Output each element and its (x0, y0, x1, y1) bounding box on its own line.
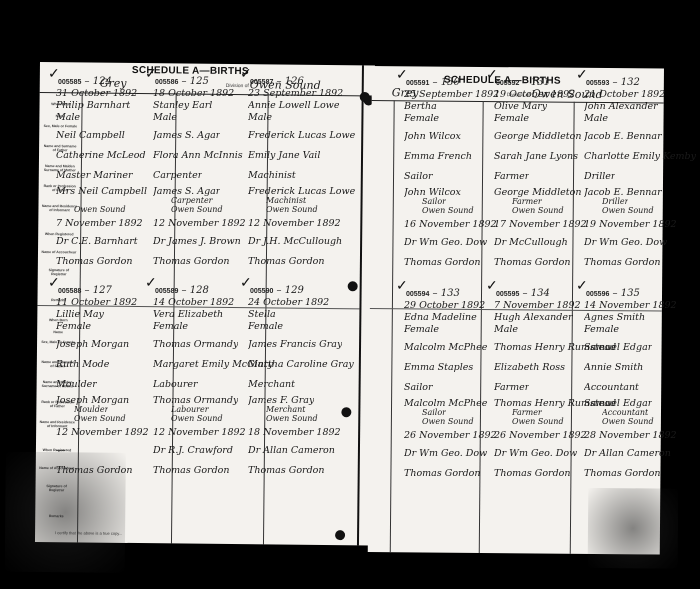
entry-no: – 132 (609, 77, 639, 88)
field-father-rank: Sailor (404, 171, 433, 182)
field-father-rank: Merchant (248, 379, 295, 390)
field-name: Edna Madeline (404, 312, 477, 323)
field-accoucheur: Dr Allan Cameron (584, 448, 671, 459)
field-when-born: 23 September 1892 (248, 88, 343, 99)
reg-no: 005589 (155, 288, 178, 295)
field-informant-residence: Owen Sound (171, 205, 223, 214)
field-father-rank: Carpenter (153, 170, 202, 181)
field-mother: Ruth Mode (56, 359, 109, 370)
field-informant-detail: Farmer (512, 408, 542, 417)
registration-number: 005593 – 132 (586, 77, 640, 88)
entry-no: – 135 (609, 288, 639, 299)
reg-no: 005585 (58, 79, 81, 86)
field-father: Samuel Edgar (584, 342, 652, 353)
registration-number: 005590 – 129 (250, 285, 304, 296)
birth-entry: ✓005587 – 12623 September 1892Annie Lowe… (244, 76, 336, 276)
field-mother: Emma Staples (404, 362, 473, 373)
field-informant-residence: Owen Sound (602, 206, 654, 215)
field-father: James Francis Gray (248, 339, 342, 350)
field-accoucheur: Dr Wm Geo. Dow (404, 237, 487, 248)
field-informant-residence: Owen Sound (512, 417, 564, 426)
field-when-registered: 19 November 1892 (584, 219, 677, 230)
field-when-registered: 26 November 1892 (494, 430, 587, 441)
field-accoucheur: Dr McCullough (494, 237, 568, 248)
field-name: Olive Mary (494, 101, 547, 112)
field-informant-detail: Sailor (422, 408, 446, 417)
field-informant-residence: Owen Sound (422, 417, 474, 426)
registration-number: 005591 – 130 (406, 77, 460, 88)
footer-note: I certify that the above is a true copy.… (55, 530, 122, 536)
entry-no: – 126 (273, 76, 303, 87)
label-column-rule (390, 100, 395, 552)
field-when-registered: 12 November 1892 (56, 427, 149, 438)
binding-rule (357, 65, 364, 545)
registration-number: 005595 – 134 (496, 288, 550, 299)
field-informant-detail: Sailor (422, 197, 446, 206)
field-mother: Catherine McLeod (56, 150, 146, 161)
field-father-rank: Master Mariner (56, 170, 133, 181)
field-mother: Martha Caroline Gray (248, 359, 354, 370)
field-when-born: 21 October 1892 (584, 89, 665, 100)
field-name: Stanley Earl (153, 100, 212, 111)
field-father: Joseph Morgan (56, 339, 129, 350)
field-sex: Female (153, 321, 188, 332)
field-informant-residence: Owen Sound (422, 206, 474, 215)
field-informant-residence: Owen Sound (74, 205, 126, 214)
field-sex: Male (584, 113, 608, 124)
field-registrar: Thomas Gordon (248, 465, 325, 476)
field-when-registered: 26 November 1892 (404, 430, 497, 441)
entry-no: – 129 (273, 285, 303, 296)
birth-entry: ✓005590 – 12924 October 1892StellaFemale… (244, 285, 336, 485)
field-name: Lillie May (56, 309, 104, 320)
field-when-born: 24 October 1892 (248, 297, 329, 308)
field-accoucheur: Dr Wm Geo. Dow (494, 448, 577, 459)
reg-no: 005590 (250, 288, 273, 295)
field-registrar: Thomas Gordon (584, 257, 661, 268)
field-father-rank: Sailor (404, 382, 433, 393)
stain (588, 488, 679, 569)
field-informant-detail: Farmer (512, 197, 542, 206)
field-name: Stella (248, 309, 276, 320)
entry-no: – 128 (178, 285, 208, 296)
field-father-rank: Farmer (494, 171, 529, 182)
field-father-rank: Labourer (153, 379, 198, 390)
registration-number: 005587 – 126 (250, 76, 304, 87)
field-father-rank: Machinist (248, 170, 296, 181)
entry-no: – 133 (429, 288, 459, 299)
binding-hole (341, 407, 351, 417)
field-registrar: Thomas Gordon (494, 468, 571, 479)
field-informant-detail: Machinist (266, 196, 306, 205)
field-when-born: 25 September 1892 (404, 89, 499, 100)
field-accoucheur: Dr Allan Cameron (248, 445, 335, 456)
field-informant-detail: Merchant (266, 405, 306, 414)
field-name: Hugh Alexander (494, 312, 573, 323)
registration-number: 005592 – 131 (496, 77, 550, 88)
field-registrar: Thomas Gordon (56, 256, 133, 267)
field-name: Agnes Smith (584, 312, 645, 323)
field-informant-residence: Owen Sound (74, 414, 126, 423)
birth-entry: ✓005585 – 12431 October 1892Philip Barnh… (52, 76, 144, 276)
field-when-born: 19 October 1892 (494, 89, 575, 100)
field-sex: Female (584, 324, 619, 335)
registration-number: 005594 – 133 (406, 288, 460, 299)
field-name: Vera Elizabeth (153, 309, 223, 320)
field-accoucheur: Dr James J. Brown (153, 236, 241, 247)
reg-no: 005592 (496, 80, 519, 87)
entry-no: – 130 (429, 77, 459, 88)
reg-no: 005594 (406, 291, 429, 298)
binding-hole (335, 530, 345, 540)
field-when-registered: 12 November 1892 (153, 218, 246, 229)
field-name: Philip Barnhart (56, 100, 130, 111)
field-informant-residence: Owen Sound (266, 205, 318, 214)
field-mother: Elizabeth Ross (494, 362, 565, 373)
field-registrar: Thomas Gordon (404, 257, 481, 268)
field-sex: Female (56, 321, 91, 332)
registration-number: 005588 – 127 (58, 285, 112, 296)
field-name: Annie Lowell Lowe (248, 100, 339, 111)
field-informant-detail: Labourer (171, 405, 209, 414)
field-when-born: 11 October 1892 (56, 297, 137, 308)
field-registrar: Thomas Gordon (248, 256, 325, 267)
binding-hole (348, 281, 358, 291)
reg-no: 005593 (586, 80, 609, 87)
field-accoucheur: Dr Wm Geo. Dow (404, 448, 487, 459)
field-sex: Female (404, 113, 439, 124)
birth-entry: ✓005586 – 12518 October 1892Stanley Earl… (149, 76, 241, 276)
field-mother: Emily Jane Vail (248, 150, 320, 161)
registration-number: 005596 – 135 (586, 288, 640, 299)
field-father: George Middleton (494, 131, 581, 142)
field-father: Thomas Ormandy (153, 339, 238, 350)
field-when-registered: 28 November 1892 (584, 430, 677, 441)
field-father-rank: Farmer (494, 382, 529, 393)
field-when-registered: 18 November 1892 (248, 427, 341, 438)
field-accoucheur: — (56, 445, 66, 456)
field-mother: Annie Smith (584, 362, 643, 373)
birth-entry: ✓005596 – 13514 November 1892Agnes Smith… (580, 288, 672, 488)
field-when-registered: 17 November 1892 (494, 219, 587, 230)
field-accoucheur: Dr J.H. McCullough (248, 236, 342, 247)
reg-no: 005595 (496, 291, 519, 298)
field-father-rank: Accountant (584, 382, 639, 393)
field-informant-detail: Carpenter (171, 196, 213, 205)
field-sex: Female (404, 324, 439, 335)
field-informant-residence: Owen Sound (266, 414, 318, 423)
reg-no: 005586 (155, 79, 178, 86)
field-accoucheur: Dr Wm Geo. Dow (584, 237, 667, 248)
field-when-born: 29 October 1892 (404, 300, 485, 311)
reg-no: 005591 (406, 80, 429, 87)
registration-number: 005586 – 125 (155, 76, 209, 87)
field-when-registered: 7 November 1892 (56, 218, 143, 229)
field-father: Malcolm McPhee (404, 342, 487, 353)
birth-entry: ✓005594 – 13329 October 1892Edna Madelin… (400, 288, 492, 488)
field-name: John Alexander (584, 101, 658, 112)
birth-entry: ✓005588 – 12711 October 1892Lillie MayFe… (52, 285, 144, 485)
reg-no: 005588 (58, 288, 81, 295)
field-informant-detail: Moulder (74, 405, 108, 414)
birth-entry: ✓005595 – 1347 November 1892Hugh Alexand… (490, 288, 582, 488)
field-mother: Sarah Jane Lyons (494, 151, 578, 162)
field-father: John Wilcox (404, 131, 461, 142)
field-sex: Male (494, 324, 518, 335)
field-accoucheur: Dr R.J. Crawford (153, 445, 233, 456)
entry-no: – 131 (519, 77, 549, 88)
field-sex: Male (248, 112, 272, 123)
entry-no: – 127 (81, 285, 111, 296)
entry-no: – 124 (81, 76, 111, 87)
birth-entry: ✓005589 – 12814 October 1892Vera Elizabe… (149, 285, 241, 485)
birth-entry: ✓005592 – 13119 October 1892Olive MaryFe… (490, 77, 582, 277)
birth-entry: ✓005593 – 13221 October 1892John Alexand… (580, 77, 672, 277)
field-father: James S. Agar (153, 130, 220, 141)
field-when-born: 14 November 1892 (584, 300, 677, 311)
field-informant-detail: Driller (602, 197, 628, 206)
field-mother: Flora Ann McInnis (153, 150, 243, 161)
field-registrar: Thomas Gordon (404, 468, 481, 479)
field-father: Neil Campbell (56, 130, 125, 141)
field-sex: Female (248, 321, 283, 332)
birth-entry: ✓005591 – 13025 September 1892BerthaFema… (400, 77, 492, 277)
field-informant-residence: Owen Sound (171, 414, 223, 423)
field-informant-residence: Owen Sound (602, 417, 654, 426)
field-when-born: 31 October 1892 (56, 88, 137, 99)
entry-no: – 134 (519, 288, 549, 299)
field-informant: Mrs Neil Campbell (56, 186, 147, 197)
field-mother: Emma French (404, 151, 472, 162)
field-mother: Charlotte Emily Kemby (584, 151, 696, 162)
registration-number: 005585 – 124 (58, 76, 112, 87)
field-registrar: Thomas Gordon (153, 465, 230, 476)
field-sex: Male (153, 112, 177, 123)
binding-hole (360, 92, 370, 102)
reg-no: 005596 (586, 291, 609, 298)
field-father-rank: Moulder (56, 379, 97, 390)
field-registrar: Thomas Gordon (56, 465, 133, 476)
field-sex: Female (494, 113, 529, 124)
field-father-rank: Driller (584, 171, 615, 182)
field-registrar: Thomas Gordon (584, 468, 661, 479)
field-when-born: 14 October 1892 (153, 297, 234, 308)
field-registrar: Thomas Gordon (494, 257, 571, 268)
field-when-born: 7 November 1892 (494, 300, 581, 311)
field-when-registered: 12 November 1892 (248, 218, 341, 229)
field-sex: Male (56, 112, 80, 123)
field-father: Frederick Lucas Lowe (248, 130, 355, 141)
field-father: Jacob E. Bennar (584, 131, 662, 142)
entry-no: – 125 (178, 76, 208, 87)
field-name: Bertha (404, 101, 437, 112)
reg-no: 005587 (250, 79, 273, 86)
field-accoucheur: Dr C.E. Barnhart (56, 236, 138, 247)
field-when-born: 18 October 1892 (153, 88, 234, 99)
field-registrar: Thomas Gordon (153, 256, 230, 267)
field-when-registered: 16 November 1892 (404, 219, 497, 230)
field-informant-residence: Owen Sound (512, 206, 564, 215)
field-when-registered: 12 November 1892 (153, 427, 246, 438)
field-informant-detail: Accountant (602, 408, 648, 417)
registration-number: 005589 – 128 (155, 285, 209, 296)
